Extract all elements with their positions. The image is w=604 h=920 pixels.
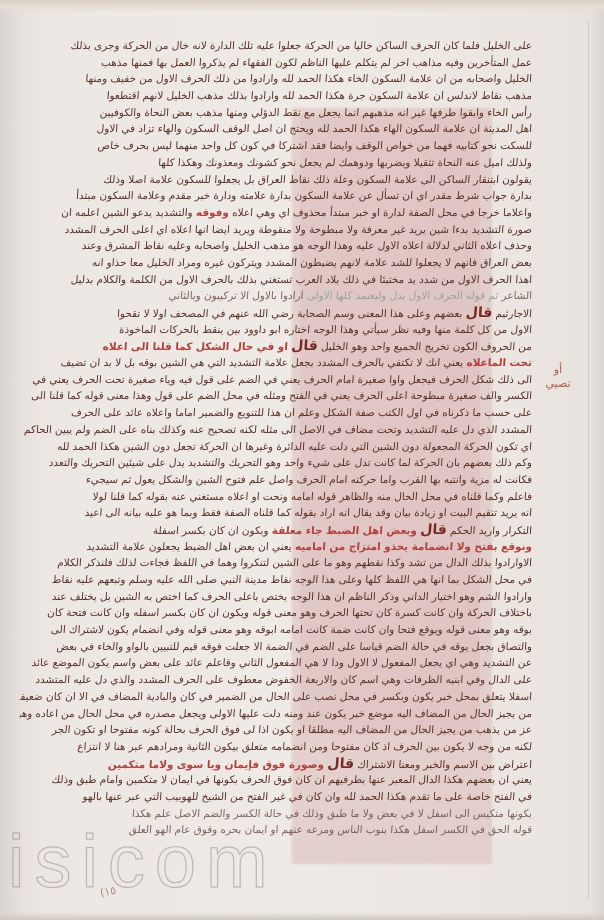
line-text: من يجيز الحال من المضاف اليه موضع خبر يك… <box>19 708 532 720</box>
qala-marker: قال <box>465 305 493 321</box>
manuscript-line: بدارة جواب شرط مقدر اي ان تسأل عن علامة … <box>19 188 532 205</box>
manuscript-line: على الدال وفي ابنيه الظرفات وهي اسم كان … <box>19 672 532 689</box>
qala-marker: قال <box>327 756 355 772</box>
manuscript-line: من يجيز الحال من المضاف اليه موضع خبر يك… <box>19 706 532 723</box>
margin-note-line-1: أو <box>538 363 578 377</box>
line-text: في محل الشكل بما انها هي اللفظ كلها وعلى… <box>51 574 532 586</box>
manuscript-line: تحت الماعلاه يعني انك لا تكتفي بالحرف ال… <box>19 355 532 372</box>
manuscript-line: اهل المدينة ان علامة السكون الهاء هكذا ا… <box>19 121 532 138</box>
manuscript-line: الكسر والف صغيرة مبطوحة اعلى الحرف يعني … <box>19 388 532 405</box>
rubric-heading: تحت الماعلاه <box>466 357 532 369</box>
manuscript-line: الخليل واصحابه من ان علامة السكون الخاء … <box>19 71 532 88</box>
manuscript-line: بوقه وهو معنى قوله ويوقع فتحا وان كانت ض… <box>19 622 532 639</box>
line-text: الشاعر <box>501 290 532 302</box>
line-text-after: يعني انك لا تكتفي بالحرف المشدد بجعل علا… <box>60 357 463 369</box>
line-text: الى ذلك شكل الحرف فيجعل واوا صغيرة امام … <box>32 374 532 386</box>
line-text-after: يعني ان بعض اهل الضبط يجعلون علامة التشد… <box>86 541 292 553</box>
page-bottom-edge <box>0 912 604 920</box>
line-text: المشدد الذي دل عليه التشديد وتحت مضاف في… <box>24 424 533 436</box>
manuscript-line: اي تكون الحركة المجعولة دون الشين التي د… <box>19 439 532 456</box>
page-fold-line <box>588 20 589 900</box>
line-text: وحذف اعلاه الثاني لدلالة اعلاه الاول علي… <box>81 240 532 252</box>
manuscript-line: اهذا الحرف الاول من شدد يد مختبئا في ذلك… <box>19 272 532 289</box>
line-text: فاعلم وكما قلناه في محل الحال منه والظاه… <box>92 491 532 503</box>
rubric-text: وفوقه <box>196 207 230 219</box>
manuscript-line: لكنه من وجه لا يكون بين الحرف اذ كان مفت… <box>19 739 532 756</box>
line-text: مذهب نقاط لاندلس ان علامة السكون جرة هكذ… <box>106 90 532 102</box>
line-text-tail: ارادوا بالاول الا تركيبون وبالثاني <box>168 290 304 302</box>
line-text: بوقه وهو معنى قوله ويوقع فتحا وان كانت ض… <box>51 624 533 636</box>
line-text: رأس الخاء وابقوا طرفها غير انه مذهبهم ان… <box>99 107 532 119</box>
manuscript-line: في محل الشكل بما انها هي اللفظ كلها وعلى… <box>19 572 532 589</box>
manuscript-line: الاول من كل كلمة منها وفيه نظر سيأتي وهذ… <box>19 322 532 339</box>
manuscript-line: وارادوا الشم وهو اختيار الداني وذكر النا… <box>19 589 532 606</box>
manuscript-line: عن التشديد وهي اي يجعل المفعول لا الاول … <box>19 655 532 672</box>
line-text: اهذا الحرف الاول من شدد يد مختبئا في ذلك… <box>70 274 532 286</box>
manuscript-line: ولذلك اميل عنه النحاة تثقيلا ويضربها ودو… <box>19 155 532 172</box>
line-text: على حسب ما ذكرناه في اول الكتب صفة الشكل… <box>71 407 533 419</box>
line-text: عز من يذهب من يجيز الحال من المضاف اليه … <box>52 724 533 736</box>
line-text-extra: والتشديد يدعو الشين اعلمه ان <box>61 207 193 219</box>
line-text: باختلاف الحركة وان كانت كسرة كان تحتها ا… <box>47 607 533 619</box>
line-text: من الحروف الكون تخريج الجميع واحد وهو ال… <box>321 341 533 353</box>
manuscript-line: الاوارادوا بذلك الدال من تشد وكذا نقطهم … <box>19 555 532 572</box>
manuscript-line: انه يريد تنقيم البيت او زيادة بيان وقد ي… <box>19 505 532 522</box>
line-text: الاجارثيم <box>495 308 532 320</box>
manuscript-line: عز من يذهب من يجيز الحال من المضاف اليه … <box>19 722 532 739</box>
rubric-heading: ونوقع بفتح ولا انضمامة يحذو امتزاج من ام… <box>295 541 533 553</box>
manuscript-line: مذهب نقاط لاندلس ان علامة السكون جرة هكذ… <box>19 88 532 105</box>
manuscript-line: الاجارثيم قال بعضهم وعلى هذا المعنى وسم … <box>19 305 532 322</box>
manuscript-line: اسفلا يتعلق بمحل خبر يكون وبكسر في محل ن… <box>19 689 532 706</box>
rubric-text: وصورة فوق فإيمان ويا سوى ولاما متكمين <box>108 759 325 771</box>
page-top-edge <box>0 0 604 12</box>
faded-rubric: ثم قوله الحرف الاول بدل وليعتمد كلها الا… <box>306 290 498 302</box>
line-text: اهل المدينة ان علامة السكون الهاء هكذا ا… <box>96 123 532 135</box>
line-text: عن التشديد وهي اي يجعل المفعول لا الاول … <box>31 657 532 669</box>
manuscript-line: الى ذلك شكل الحرف فيجعل واوا صغيرة امام … <box>19 372 532 389</box>
manuscript-line: وحذف اعلاه الثاني لدلالة اعلاه الاول علي… <box>19 238 532 255</box>
line-text: في الفتح خاصة على ما تقدم هكذا الحمد لله… <box>82 791 532 803</box>
line-text: على الخليل فلما كان الحرف الساكن خاليا م… <box>70 40 532 52</box>
line-text: يقولون ابتنقار الساكن الى علامة السكون و… <box>103 174 532 186</box>
manuscript-line: من الحروف الكون تخريج الجميع واحد وهو ال… <box>19 338 532 355</box>
line-text: عمل المتأخرين وفيه مذاهب اخر لم يتكلم عل… <box>101 57 533 69</box>
line-text: اي تكون الحركة المجعولة دون الشين التي د… <box>57 441 533 453</box>
line-text: وكم ذلك بعضهم بان الحركة لما كانت تدل عل… <box>48 457 532 469</box>
line-text: واعلاما خرجا في محل الصفة لدارة او خبر م… <box>232 207 533 219</box>
line-text: اعتراض بين الاسم والخبر ومعنا الاشتراك <box>357 759 533 771</box>
manuscript-line: فكانت له مزية وانتبه بها القرب واما حركت… <box>19 472 532 489</box>
manuscript-line: يقولون ابتنقار الساكن الى علامة السكون و… <box>19 172 532 189</box>
margin-note: أو تصيي <box>538 363 578 391</box>
watermark: isicom <box>8 825 278 899</box>
manuscript-line: باختلاف الحركة وان كانت كسرة كان تحتها ا… <box>19 605 532 622</box>
manuscript-line: فاعلم وكما قلناه في محل الحال منه والظاه… <box>19 489 532 506</box>
margin-note-line-2: تصيي <box>538 377 578 391</box>
manuscript-line: عمل المتأخرين وفيه مذاهب اخر لم يتكلم عل… <box>19 55 532 72</box>
rubric-text: او في حال الشكل كما قلنا الى اعلاه <box>102 341 288 353</box>
manuscript-line: المشدد الذي دل عليه التشديد وتحت مضاف في… <box>19 422 532 439</box>
manuscript-line: اعتراض بين الاسم والخبر ومعنا الاشتراك ق… <box>19 756 532 773</box>
line-text: للسكت نحو كتابيه فهما من خواص الوقف وايض… <box>97 140 532 152</box>
manuscript-line: للسكت نحو كتابيه فهما من خواص الوقف وايض… <box>19 138 532 155</box>
manuscript-line: صورة التشديد بدءا شين يريد غير معرفة ولا… <box>19 222 532 239</box>
line-text: بدارة جواب شرط مقدر اي ان تسأل عن علامة … <box>76 190 533 202</box>
rubric-text: وبعض اهل الضبط جاء معلقة <box>271 525 417 537</box>
line-text: الخليل واصحابه من ان علامة السكون الخاء … <box>85 73 532 85</box>
manuscript-line: والتصاق بجعل يوقه في حالة الضم قياسا على… <box>19 639 532 656</box>
line-text: الاوارادوا بذلك الدال من تشد وكذا نقطهم … <box>57 557 533 569</box>
qala-marker: قال <box>291 338 319 354</box>
line-text: صورة التشديد بدءا شين يريد غير معرفة ولا… <box>64 224 532 236</box>
line-text: يعني ان بعضهم هكذا الدال المعبر عنها بطر… <box>51 774 532 786</box>
qala-marker: قال <box>420 522 448 538</box>
manuscript-line: واعلاما خرجا في محل الصفة لدارة او خبر م… <box>19 205 532 222</box>
line-text: ولذلك اميل عنه النحاة تثقيلا ويضربها ودو… <box>158 157 533 169</box>
manuscript-line: على الخليل فلما كان الحرف الساكن خاليا م… <box>19 38 532 55</box>
manuscript-text-block: على الخليل فلما كان الحرف الساكن خاليا م… <box>20 38 532 839</box>
manuscript-line: يعني ان بعضهم هكذا الدال المعبر عنها بطر… <box>19 772 532 789</box>
line-text: على الدال وفي ابنيه الظرفات وهي اسم كان … <box>35 674 532 686</box>
manuscript-line: بعض العراق فانهم لا يجعلوا للشد علامة لا… <box>19 255 532 272</box>
line-text: الكسر والف صغيرة مبطوحة اعلى الحرف يعني … <box>31 390 533 402</box>
line-text: والتصاق بجعل يوقه في حالة الضم قياسا على… <box>56 641 532 653</box>
manuscript-page: على الخليل فلما كان الحرف الساكن خاليا م… <box>0 0 604 920</box>
line-text: وارادوا الشم وهو اختيار الداني وذكر النا… <box>51 591 532 603</box>
line-text: انه يريد تنقيم البيت او زيادة بيان وقد ي… <box>84 507 532 519</box>
line-text-after: بعضهم وعلى هذا المعنى وسم الصحابة رضي ال… <box>117 308 463 320</box>
line-text: التكرار واريد الحكم <box>450 525 533 537</box>
manuscript-line: رأس الخاء وابقوا طرفها غير انه مذهبهم ان… <box>19 105 532 122</box>
line-text: الاول من كل كلمة منها وفيه نظر سيأتي وهذ… <box>119 324 533 336</box>
line-text: لكنه من وجه لا يكون بين الحرف اذ كان مفت… <box>77 741 532 753</box>
line-text: اسفلا يتعلق بمحل خبر يكون وبكسر في محل ن… <box>19 691 532 703</box>
line-text-after: وبكون ان كان بكسر اسفلة <box>153 525 269 537</box>
manuscript-line: في الفتح خاصة على ما تقدم هكذا الحمد لله… <box>19 789 532 806</box>
line-text: بعض العراق فانهم لا يجعلوا للشد علامة لا… <box>92 257 533 269</box>
line-text: بكونها متكيس الى اسفل لا في بعض ولا ما ط… <box>131 808 532 820</box>
manuscript-line: على حسب ما ذكرناه في اول الكتب صفة الشكل… <box>19 405 532 422</box>
manuscript-line: ونوقع بفتح ولا انضمامة يحذو امتزاج من ام… <box>19 539 532 556</box>
line-text: فكانت له مزية وانتبه بها القرب واما حركت… <box>86 474 533 486</box>
manuscript-line: الشاعر ثم قوله الحرف الاول بدل وليعتمد ك… <box>19 288 532 305</box>
manuscript-line: وكم ذلك بعضهم بان الحركة لما كانت تدل عل… <box>19 455 532 472</box>
manuscript-line: التكرار واريد الحكم قال وبعض اهل الضبط ج… <box>19 522 532 539</box>
